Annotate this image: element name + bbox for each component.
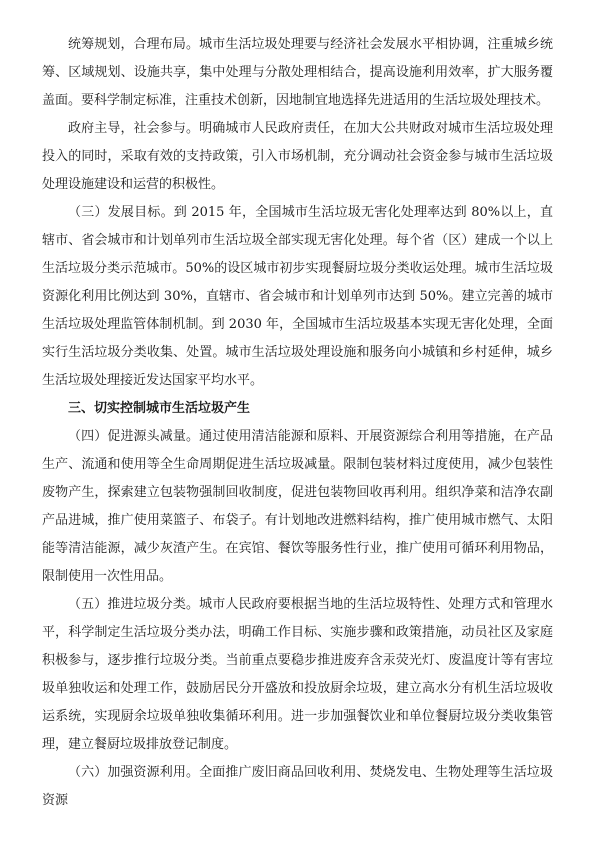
paragraph-source-reduction: （四）促进源头减量。通过使用清洁能源和原料、开展资源综合利用等措施，在产品生产、… (42, 423, 553, 591)
paragraph-resource-utilization: （六）加强资源利用。全面推广废旧商品回收利用、焚烧发电、生物处理等生活垃圾资源 (42, 759, 553, 815)
section-heading-control-waste-generation: 三、切实控制城市生活垃圾产生 (42, 395, 553, 423)
paragraph-government-leadership: 政府主导，社会参与。明确城市人民政府责任，在加大公共财政对城市生活垃圾处理投入的… (42, 115, 553, 199)
paragraph-development-goals: （三）发展目标。到 2015 年，全国城市生活垃圾无害化处理率达到 80%以上，… (42, 199, 553, 395)
document-page: 统筹规划，合理布局。城市生活垃圾处理要与经济社会发展水平相协调，注重城乡统筹、区… (0, 0, 595, 841)
paragraph-waste-sorting: （五）推进垃圾分类。城市人民政府要根据当地的生活垃圾特性、处理方式和管理水平，科… (42, 591, 553, 759)
paragraph-overall-planning: 统筹规划，合理布局。城市生活垃圾处理要与经济社会发展水平相协调，注重城乡统筹、区… (42, 31, 553, 115)
